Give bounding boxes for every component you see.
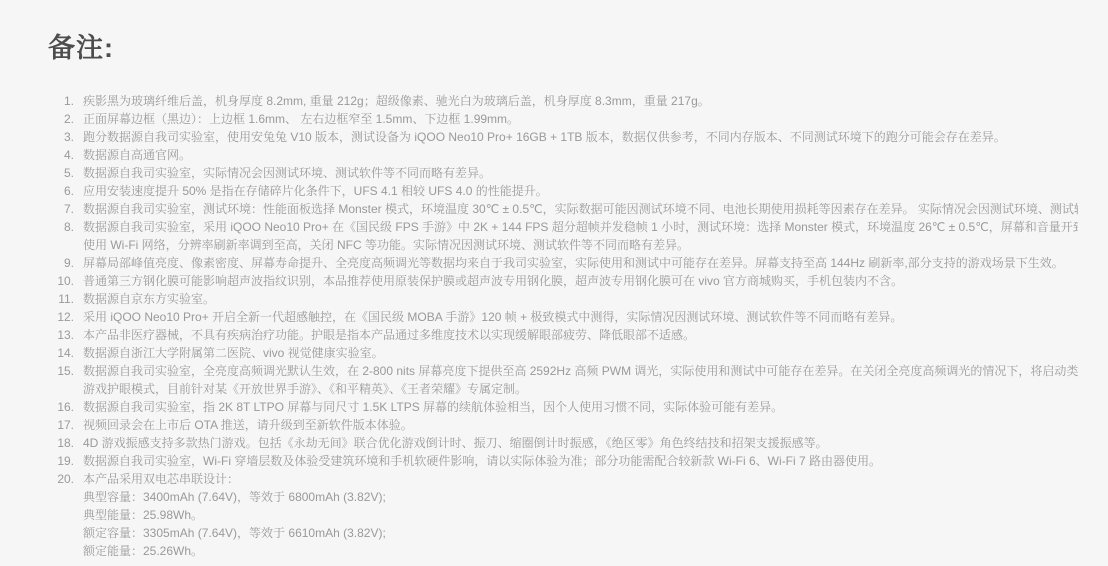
note-item-5: 5. 数据源自我司实验室，实际情况会因测试环境、测试软件等不同而略有差异。 xyxy=(48,164,1078,182)
note-item-18: 18. 4D 游戏振感支持多款热门游戏。包括《永劫无间》联合优化游戏倒计时、振刀… xyxy=(48,434,1078,452)
note-line: 游戏护眼模式，目前针对某《开放世界手游》、《和平精英》、《王者荣耀》专属定制。 xyxy=(83,380,1078,398)
note-text: 普通第三方钢化膜可能影响超声波指纹识别，本品推荐使用原装保护膜或超声波专用钢化膜… xyxy=(83,272,1078,290)
note-item-3: 3. 跑分数据源自我司实验室，使用安兔兔 V10 版本，测试设备为 iQOO N… xyxy=(48,128,1078,146)
note-item-9: 9. 屏幕局部峰值亮度、像素密度、屏幕寿命提升、全亮度高频调光等数据均来自于我司… xyxy=(48,254,1078,272)
note-line: 应用安装速度提升 50% 是指在存储碎片化条件下，UFS 4.1 相较 UFS … xyxy=(83,182,1078,200)
note-text: 数据源自我司实验室，实际情况会因测试环境、测试软件等不同而略有差异。 xyxy=(83,164,1078,182)
note-item-12: 12. 采用 iQOO Neo10 Pro+ 开启全新一代超感触控，在《国民级 … xyxy=(48,308,1078,326)
note-number: 5. xyxy=(48,164,83,182)
note-number: 8. xyxy=(48,218,83,236)
note-text: 数据源自浙江大学附属第二医院、vivo 视觉健康实验室。 xyxy=(83,344,1078,362)
note-line: 额定容量：3305mAh (7.64V)，等效于 6610mAh (3.82V)… xyxy=(83,524,1078,542)
note-number: 14. xyxy=(48,344,83,362)
note-line: 数据源自京东方实验室。 xyxy=(83,290,1078,308)
note-text: 本产品非医疗器械，不具有疾病治疗功能。护眼是指本产品通过多维度技术以实现缓解眼部… xyxy=(83,326,1078,344)
note-number: 12. xyxy=(48,308,83,326)
note-text: 数据源自高通官网。 xyxy=(83,146,1078,164)
note-line: 数据源自浙江大学附属第二医院、vivo 视觉健康实验室。 xyxy=(83,344,1078,362)
note-line: 数据源自我司实验室，测试环境：性能面板选择 Monster 模式，环境温度 30… xyxy=(83,200,1078,218)
note-line: 采用 iQOO Neo10 Pro+ 开启全新一代超感触控，在《国民级 MOBA… xyxy=(83,308,1078,326)
note-text: 数据源自我司实验室，指 2K 8T LTPO 屏幕与同尺寸 1.5K LTPS … xyxy=(83,398,1078,416)
note-number: 20. xyxy=(48,470,83,488)
note-item-6: 6. 应用安装速度提升 50% 是指在存储碎片化条件下，UFS 4.1 相较 U… xyxy=(48,182,1078,200)
note-line: 额定能量：25.26Wh。 xyxy=(83,542,1078,560)
note-item-16: 16. 数据源自我司实验室，指 2K 8T LTPO 屏幕与同尺寸 1.5K L… xyxy=(48,398,1078,416)
note-text: 本产品采用双电芯串联设计： 典型容量：3400mAh (7.64V)，等效于 6… xyxy=(83,470,1078,560)
note-number: 3. xyxy=(48,128,83,146)
note-text: 跑分数据源自我司实验室，使用安兔兔 V10 版本，测试设备为 iQOO Neo1… xyxy=(83,128,1078,146)
note-line: 本产品采用双电芯串联设计： xyxy=(83,470,1078,488)
note-text: 数据源自我司实验室，全亮度高频调光默认生效，在 2-800 nits 屏幕亮度下… xyxy=(83,362,1078,398)
note-item-20: 20. 本产品采用双电芯串联设计： 典型容量：3400mAh (7.64V)，等… xyxy=(48,470,1078,560)
note-number: 7. xyxy=(48,200,83,218)
note-text: 视频回录会在上市后 OTA 推送，请升级到至新软件版本体验。 xyxy=(83,416,1078,434)
note-line: 正面屏幕边框（黑边）：上边框 1.6mm、 左右边框窄至 1.5mm、下边框 1… xyxy=(83,110,1078,128)
note-number: 15. xyxy=(48,362,83,380)
note-item-11: 11. 数据源自京东方实验室。 xyxy=(48,290,1078,308)
note-item-15: 15. 数据源自我司实验室，全亮度高频调光默认生效，在 2-800 nits 屏… xyxy=(48,362,1078,398)
note-line: 数据源自我司实验室，指 2K 8T LTPO 屏幕与同尺寸 1.5K LTPS … xyxy=(83,398,1078,416)
note-item-4: 4. 数据源自高通官网。 xyxy=(48,146,1078,164)
note-line: 疾影黑为玻璃纤维后盖，机身厚度 8.2mm, 重量 212g；超级像素、驰光白为… xyxy=(83,92,1078,110)
note-number: 4. xyxy=(48,146,83,164)
note-item-8: 8. 数据源自我司实验室，采用 iQOO Neo10 Pro+ 在《国民级 FP… xyxy=(48,218,1078,254)
note-item-19: 19. 数据源自我司实验室，Wi-Fi 穿墙层数及体验受建筑环境和手机软硬件影响… xyxy=(48,452,1078,470)
note-line: 屏幕局部峰值亮度、像素密度、屏幕寿命提升、全亮度高频调光等数据均来自于我司实验室… xyxy=(83,254,1078,272)
note-item-1: 1. 疾影黑为玻璃纤维后盖，机身厚度 8.2mm, 重量 212g；超级像素、驰… xyxy=(48,92,1078,110)
note-number: 16. xyxy=(48,398,83,416)
note-number: 11. xyxy=(48,290,83,308)
note-number: 9. xyxy=(48,254,83,272)
notes-page: 备注: 1. 疾影黑为玻璃纤维后盖，机身厚度 8.2mm, 重量 212g；超级… xyxy=(0,0,1108,560)
note-text: 屏幕局部峰值亮度、像素密度、屏幕寿命提升、全亮度高频调光等数据均来自于我司实验室… xyxy=(83,254,1078,272)
note-text: 4D 游戏振感支持多款热门游戏。包括《永劫无间》联合优化游戏倒计时、振刀、缩圈倒… xyxy=(83,434,1078,452)
note-line: 跑分数据源自我司实验室，使用安兔兔 V10 版本，测试设备为 iQOO Neo1… xyxy=(83,128,1078,146)
note-item-7: 7. 数据源自我司实验室，测试环境：性能面板选择 Monster 模式，环境温度… xyxy=(48,200,1078,218)
note-number: 10. xyxy=(48,272,83,290)
note-text: 数据源自我司实验室，采用 iQOO Neo10 Pro+ 在《国民级 FPS 手… xyxy=(83,218,1078,254)
notes-list: 1. 疾影黑为玻璃纤维后盖，机身厚度 8.2mm, 重量 212g；超级像素、驰… xyxy=(48,92,1078,560)
note-text: 疾影黑为玻璃纤维后盖，机身厚度 8.2mm, 重量 212g；超级像素、驰光白为… xyxy=(83,92,1078,110)
page-title: 备注: xyxy=(48,26,1078,65)
note-item-2: 2. 正面屏幕边框（黑边）：上边框 1.6mm、 左右边框窄至 1.5mm、下边… xyxy=(48,110,1078,128)
note-text: 应用安装速度提升 50% 是指在存储碎片化条件下，UFS 4.1 相较 UFS … xyxy=(83,182,1078,200)
note-number: 2. xyxy=(48,110,83,128)
note-number: 13. xyxy=(48,326,83,344)
note-item-10: 10. 普通第三方钢化膜可能影响超声波指纹识别，本品推荐使用原装保护膜或超声波专… xyxy=(48,272,1078,290)
note-line: 使用 Wi-Fi 网络，分辨率刷新率调到至高，关闭 NFC 等功能。实际情况因测… xyxy=(83,236,1078,254)
note-item-17: 17. 视频回录会在上市后 OTA 推送，请升级到至新软件版本体验。 xyxy=(48,416,1078,434)
note-line: 数据源自我司实验室，实际情况会因测试环境、测试软件等不同而略有差异。 xyxy=(83,164,1078,182)
note-text: 数据源自我司实验室，测试环境：性能面板选择 Monster 模式，环境温度 30… xyxy=(83,200,1078,218)
note-line: 数据源自我司实验室，Wi-Fi 穿墙层数及体验受建筑环境和手机软硬件影响，请以实… xyxy=(83,452,1078,470)
note-text: 正面屏幕边框（黑边）：上边框 1.6mm、 左右边框窄至 1.5mm、下边框 1… xyxy=(83,110,1078,128)
note-line: 视频回录会在上市后 OTA 推送，请升级到至新软件版本体验。 xyxy=(83,416,1078,434)
note-line: 数据源自我司实验室，全亮度高频调光默认生效，在 2-800 nits 屏幕亮度下… xyxy=(83,362,1078,380)
note-text: 数据源自我司实验室，Wi-Fi 穿墙层数及体验受建筑环境和手机软硬件影响，请以实… xyxy=(83,452,1078,470)
note-line: 普通第三方钢化膜可能影响超声波指纹识别，本品推荐使用原装保护膜或超声波专用钢化膜… xyxy=(83,272,1078,290)
note-number: 6. xyxy=(48,182,83,200)
note-number: 19. xyxy=(48,452,83,470)
note-line: 本产品非医疗器械，不具有疾病治疗功能。护眼是指本产品通过多维度技术以实现缓解眼部… xyxy=(83,326,1078,344)
note-line: 数据源自高通官网。 xyxy=(83,146,1078,164)
note-line: 典型能量：25.98Wh。 xyxy=(83,506,1078,524)
note-number: 1. xyxy=(48,92,83,110)
note-item-13: 13. 本产品非医疗器械，不具有疾病治疗功能。护眼是指本产品通过多维度技术以实现… xyxy=(48,326,1078,344)
note-number: 18. xyxy=(48,434,83,452)
note-text: 采用 iQOO Neo10 Pro+ 开启全新一代超感触控，在《国民级 MOBA… xyxy=(83,308,1078,326)
note-number: 17. xyxy=(48,416,83,434)
note-line: 典型容量：3400mAh (7.64V)，等效于 6800mAh (3.82V)… xyxy=(83,488,1078,506)
note-line: 数据源自我司实验室，采用 iQOO Neo10 Pro+ 在《国民级 FPS 手… xyxy=(83,218,1078,236)
note-item-14: 14. 数据源自浙江大学附属第二医院、vivo 视觉健康实验室。 xyxy=(48,344,1078,362)
note-line: 4D 游戏振感支持多款热门游戏。包括《永劫无间》联合优化游戏倒计时、振刀、缩圈倒… xyxy=(83,434,1078,452)
note-text: 数据源自京东方实验室。 xyxy=(83,290,1078,308)
